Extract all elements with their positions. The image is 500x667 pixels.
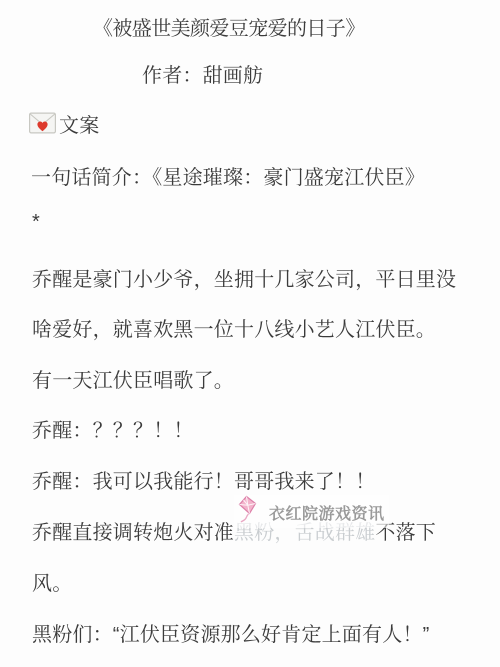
site-watermark: 衣红院游戏资讯 <box>234 495 389 528</box>
paragraph-line: 啥爱好，就喜欢黑一位十八线小艺人江伏臣。 <box>32 318 436 342</box>
section-header: 文案 <box>29 112 99 140</box>
paragraph-line: 黑粉们：“江伏臣资源那么好肯定上面有人！” <box>32 623 430 647</box>
paragraph-line: 乔醒：我可以我能行！哥哥我来了！！ <box>32 470 375 494</box>
book-title: 《被盛世美颜爱豆宠爱的日子》 <box>93 17 365 41</box>
paragraph-line: 乔醒：？？？！！ <box>32 419 194 443</box>
love-letter-emoji-icon <box>29 112 56 140</box>
paragraph-line: 风。 <box>32 572 72 596</box>
author-line: 作者：甜画舫 <box>142 64 263 88</box>
paragraph-line: 有一天江伏臣唱歌了。 <box>32 369 234 393</box>
novel-synopsis-page: 《被盛世美颜爱豆宠爱的日子》 作者：甜画舫 文案 一句话简介：《星途璀璨：豪门盛… <box>0 0 500 667</box>
text-segment: 乔醒直接调转炮火对准 <box>32 522 234 544</box>
asterisk-separator: * <box>32 210 40 234</box>
paragraph-line: 乔醒是豪门小少爷，坐拥十几家公司，平日里没 <box>32 268 456 292</box>
section-label: 文案 <box>59 114 99 138</box>
watermark-text: 衣红院游戏资讯 <box>269 501 385 524</box>
pink-kite-gem-icon <box>234 495 260 528</box>
one-line-intro: 一句话简介：《星途璀璨：豪门盛宠江伏臣》 <box>31 166 425 190</box>
